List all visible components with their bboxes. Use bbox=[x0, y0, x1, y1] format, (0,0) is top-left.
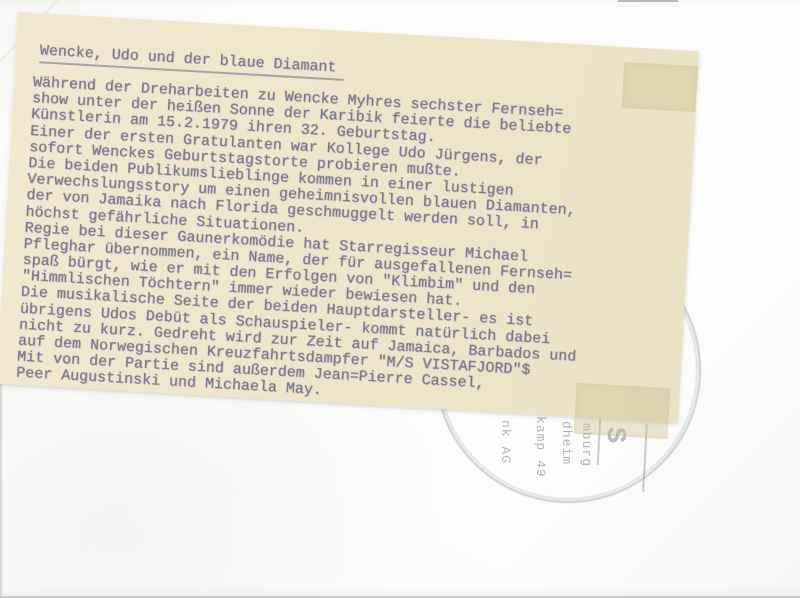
stamp-text-fragment: dheim bbox=[559, 421, 574, 465]
stamp-text-fragment: nk AG bbox=[498, 420, 513, 464]
caption-title: Wencke, Udo und der blaue Diamant bbox=[39, 43, 345, 81]
adhesive-tape bbox=[574, 383, 671, 439]
adhesive-tape bbox=[621, 62, 698, 112]
caption-paper: Wencke, Udo und der blaue Diamant Währen… bbox=[0, 12, 699, 423]
scanned-photo-caption-back: S mburg dheim kamp 49 nk AG Wencke, Udo … bbox=[0, 0, 800, 598]
stamp-text-fragment: kamp 49 bbox=[533, 416, 548, 478]
caption-body: Während der Dreharbeiten zu Wencke Myhre… bbox=[16, 75, 591, 414]
